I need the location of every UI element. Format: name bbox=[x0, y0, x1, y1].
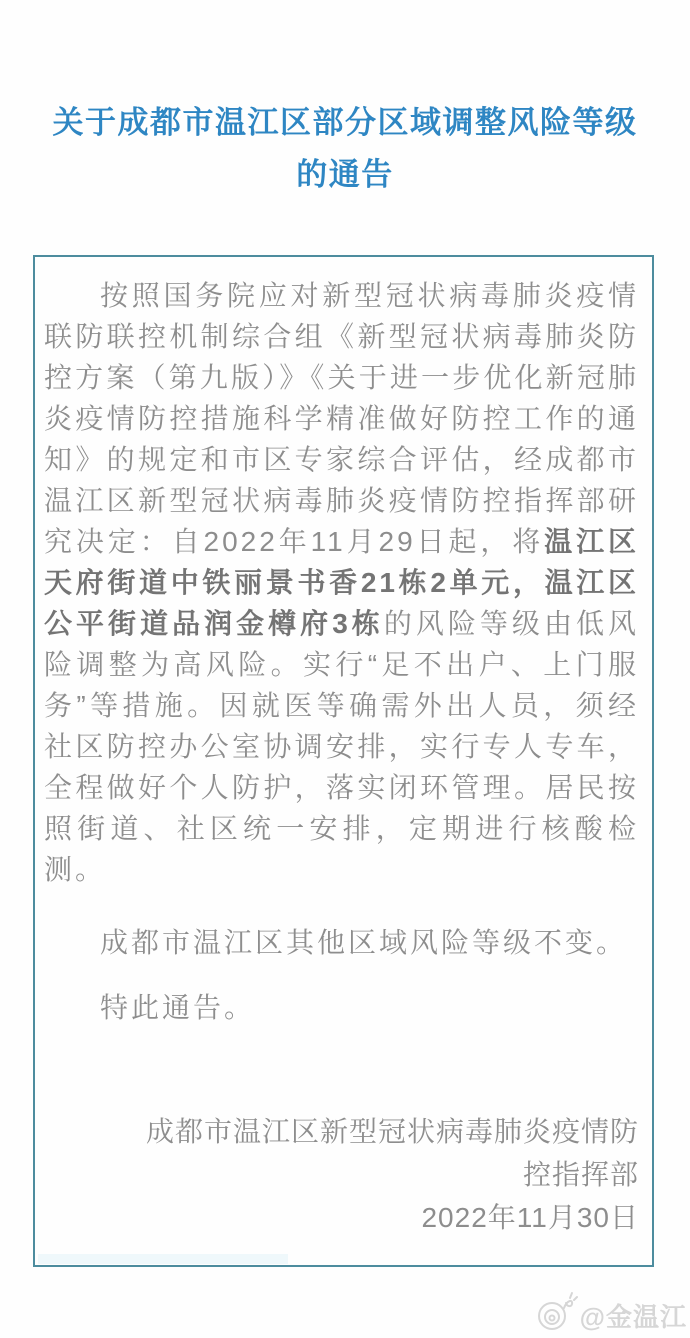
notice-page: 关于成都市温江区部分区域调整风险等级 的通告 按照国务院应对新型冠状病毒肺炎疫情… bbox=[0, 0, 690, 1338]
notice-paragraph-unchanged: 成都市温江区其他区域风险等级不变。 bbox=[44, 922, 639, 963]
title-line-2: 的通告 bbox=[20, 149, 670, 201]
watermark-handle: @金温江 bbox=[580, 1302, 687, 1332]
notice-paragraph-main: 按照国务院应对新型冠状病毒肺炎疫情联防联控机制综合组《新型冠状病毒肺炎防控方案（… bbox=[44, 275, 639, 890]
paragraph-segment-text: 按照国务院应对新型冠状病毒肺炎疫情联防联控机制综合组《新型冠状病毒肺炎防控方案（… bbox=[44, 280, 639, 557]
watermark: @金温江 bbox=[534, 1290, 687, 1332]
notice-title: 关于成都市温江区部分区域调整风险等级 的通告 bbox=[0, 0, 690, 201]
box-shadow-artifact bbox=[38, 1254, 288, 1264]
signature-line-1: 成都市温江区新型冠状病毒肺炎疫情防 bbox=[44, 1110, 639, 1153]
signature-line-2: 控指挥部 bbox=[44, 1153, 639, 1196]
paragraph-segment-text: 的风险等级由低风险调整为高风险。实行“足不出户、上门服务”等措施。因就医等确需外… bbox=[44, 608, 639, 885]
signature-date: 2022年11月30日 bbox=[44, 1196, 639, 1239]
notice-paragraph-closing: 特此通告。 bbox=[44, 987, 639, 1028]
snail-doodle-icon bbox=[534, 1290, 578, 1332]
signature-block: 成都市温江区新型冠状病毒肺炎疫情防 控指挥部 2022年11月30日 bbox=[44, 1110, 639, 1239]
title-line-1: 关于成都市温江区部分区域调整风险等级 bbox=[20, 97, 670, 149]
notice-body-box: 按照国务院应对新型冠状病毒肺炎疫情联防联控机制综合组《新型冠状病毒肺炎防控方案（… bbox=[33, 255, 654, 1267]
